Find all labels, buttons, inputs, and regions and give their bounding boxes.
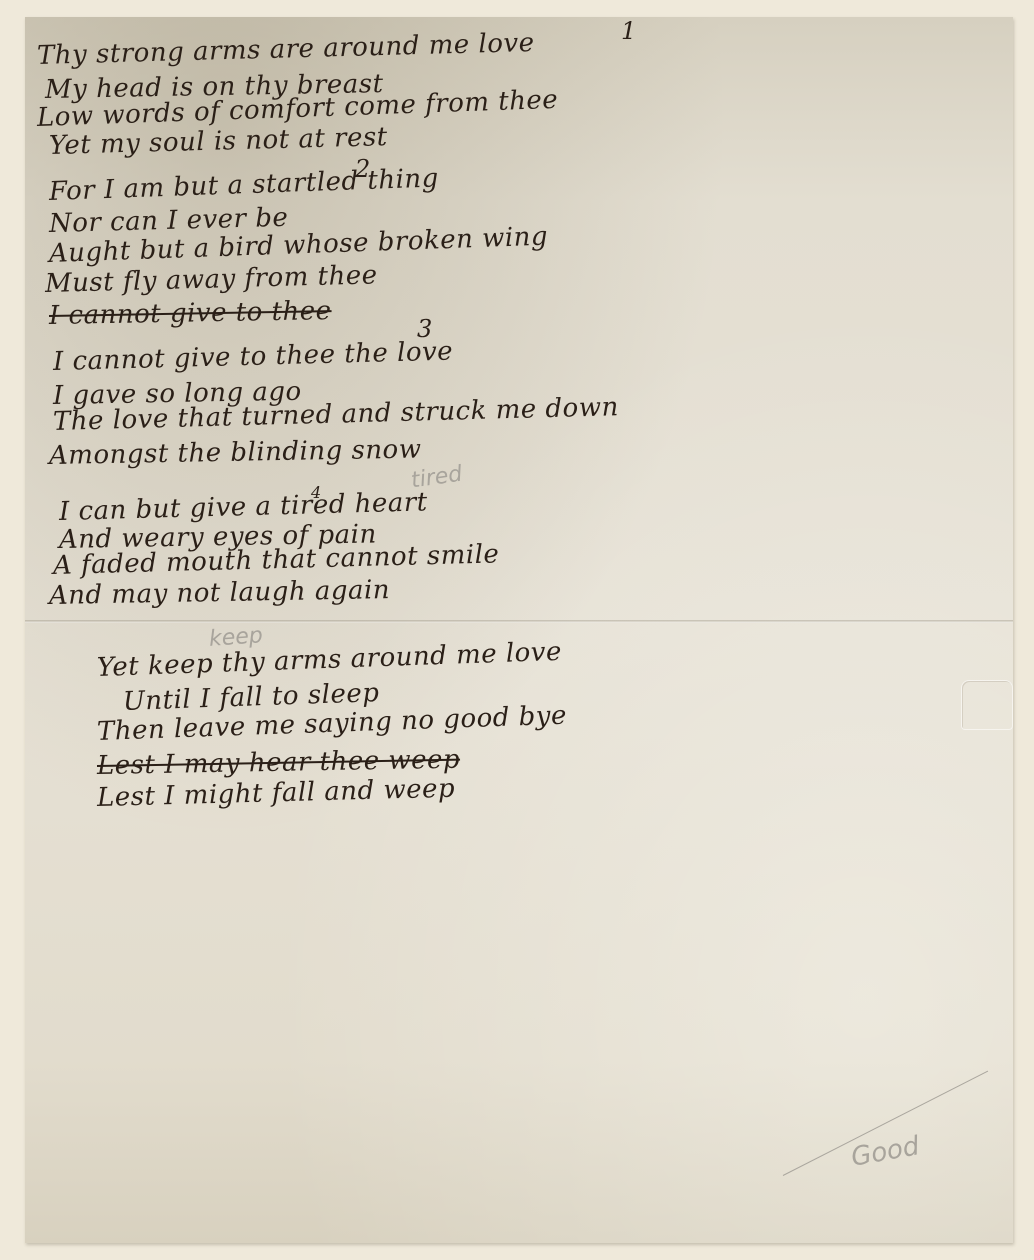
poem-line: For I am but a startled thing xyxy=(48,163,439,207)
manuscript-page: 1 Thy strong arms are around me love My … xyxy=(25,17,1013,1243)
stanza-number-1: 1 xyxy=(621,17,636,45)
poem-line: And may not laugh again xyxy=(49,575,391,611)
pencil-annotation-good: Good xyxy=(849,1131,922,1172)
embossed-stationery-mark xyxy=(961,680,1013,730)
poem-line: Thy strong arms are around me love xyxy=(37,28,535,71)
struck-out-line: I cannot give to thee xyxy=(49,296,332,331)
poem-line: Amongst the blinding snow xyxy=(49,435,422,471)
paper-fold-crease xyxy=(25,620,1013,623)
poem-line: Yet keep thy arms around me love xyxy=(96,637,562,683)
poem-line: I cannot give to thee the love xyxy=(53,337,454,377)
